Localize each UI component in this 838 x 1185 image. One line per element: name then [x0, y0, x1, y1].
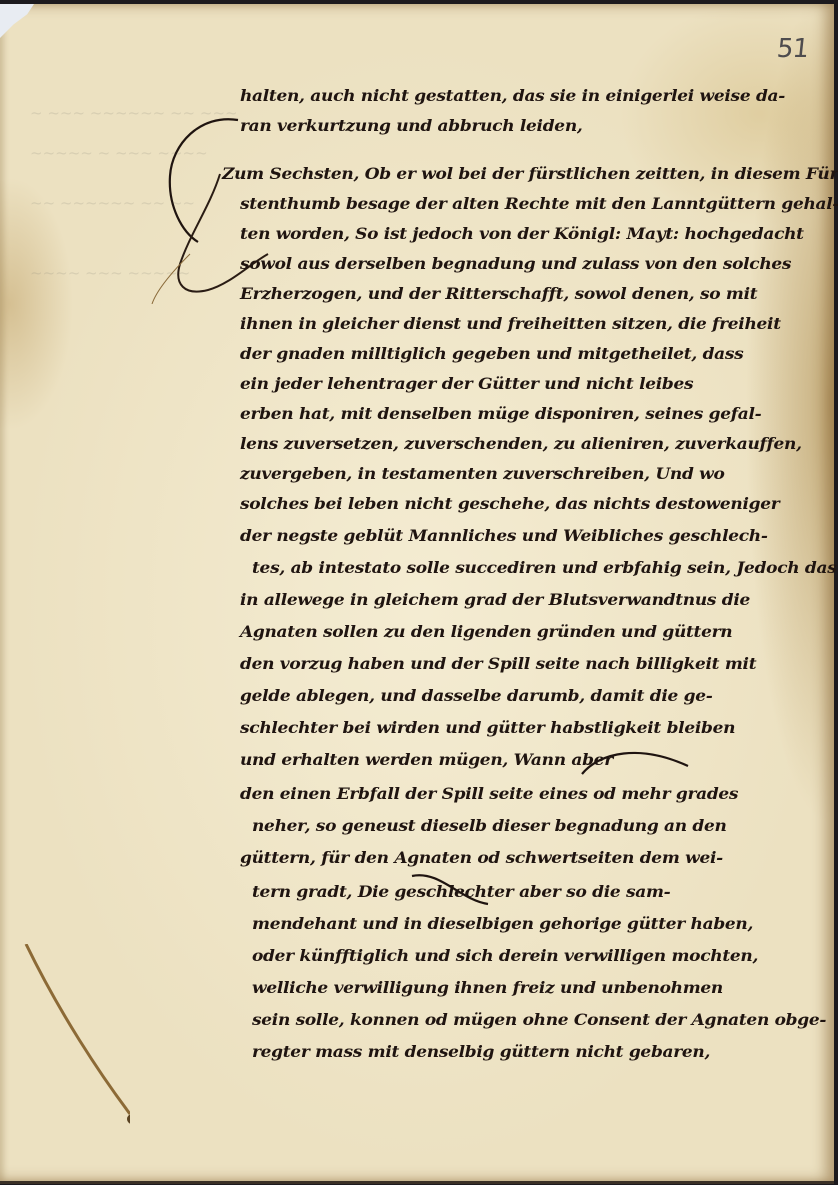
- text-line: in allewege in gleichem grad der Blutsve…: [240, 591, 750, 610]
- text-line: den vorzug haben und der Spill seite nac…: [240, 655, 756, 674]
- folio-number: 51: [775, 34, 809, 64]
- text-line: ran verkurtzung und abbruch leiden,: [240, 117, 583, 136]
- text-line: gelde ablegen, und dasselbe darumb, dami…: [240, 687, 713, 706]
- line-flourish: [580, 744, 690, 784]
- text-line: zuvergeben, in testamenten zuverschreibe…: [240, 465, 725, 484]
- text-line: ihnen in gleicher dienst und freiheitten…: [240, 315, 781, 334]
- text-line: stenthumb besage der alten Rechte mit de…: [240, 195, 838, 214]
- text-line: der gnaden milltiglich gegeben und mitge…: [240, 345, 743, 364]
- text-line: ein jeder lehentrager der Gütter und nic…: [240, 375, 693, 394]
- text-line: welliche verwilligung ihnen freiz und un…: [252, 979, 723, 998]
- line-flourish: [410, 870, 490, 910]
- text-line: lens zuversetzen, zuverschenden, zu alie…: [240, 435, 802, 454]
- text-line: mendehant und in dieselbigen gehorige gü…: [252, 915, 753, 934]
- text-line: Erzherzogen, und der Ritterschafft, sowo…: [240, 285, 757, 304]
- manuscript-page: 51 ~ ~~~ ~~~~~~ ~~ ~~~ ~~~~~ ~ ~~~ ~~~~ …: [0, 4, 834, 1184]
- text-line: und erhalten werden mügen, Wann aber: [240, 751, 613, 770]
- text-line: schlechter bei wirden und gütter habstli…: [240, 719, 735, 738]
- text-line: güttern, für den Agnaten od schwertseite…: [240, 849, 723, 868]
- text-line: halten, auch nicht gestatten, das sie in…: [240, 87, 785, 106]
- text-line: solches bei leben nicht geschehe, das ni…: [240, 495, 779, 514]
- text-line: ten worden, So ist jedoch von der Königl…: [240, 225, 804, 244]
- text-line: tes, ab intestato solle succediren und e…: [252, 559, 837, 578]
- text-line: oder künfftiglich und sich derein verwil…: [252, 947, 758, 966]
- torn-corner: [0, 4, 34, 38]
- text-line: der negste geblüt Mannliches und Weiblic…: [240, 527, 768, 546]
- text-line: sowol aus derselben begnadung und zulass…: [240, 255, 791, 274]
- text-line: den einen Erbfall der Spill seite eines …: [240, 785, 738, 804]
- text-line: erben hat, mit denselben müge disponiren…: [240, 405, 761, 424]
- text-line: sein solle, konnen od mügen ohne Consent…: [252, 1011, 826, 1030]
- binding-string: [20, 944, 130, 1134]
- text-line: Zum Sechsten, Ob er wol bei der fürstlic…: [222, 165, 838, 184]
- text-line: regter mass mit denselbig güttern nicht …: [252, 1043, 710, 1062]
- text-line: neher, so geneust dieselb dieser begnadu…: [252, 817, 727, 836]
- text-line: Agnaten sollen zu den ligenden gründen u…: [240, 623, 732, 642]
